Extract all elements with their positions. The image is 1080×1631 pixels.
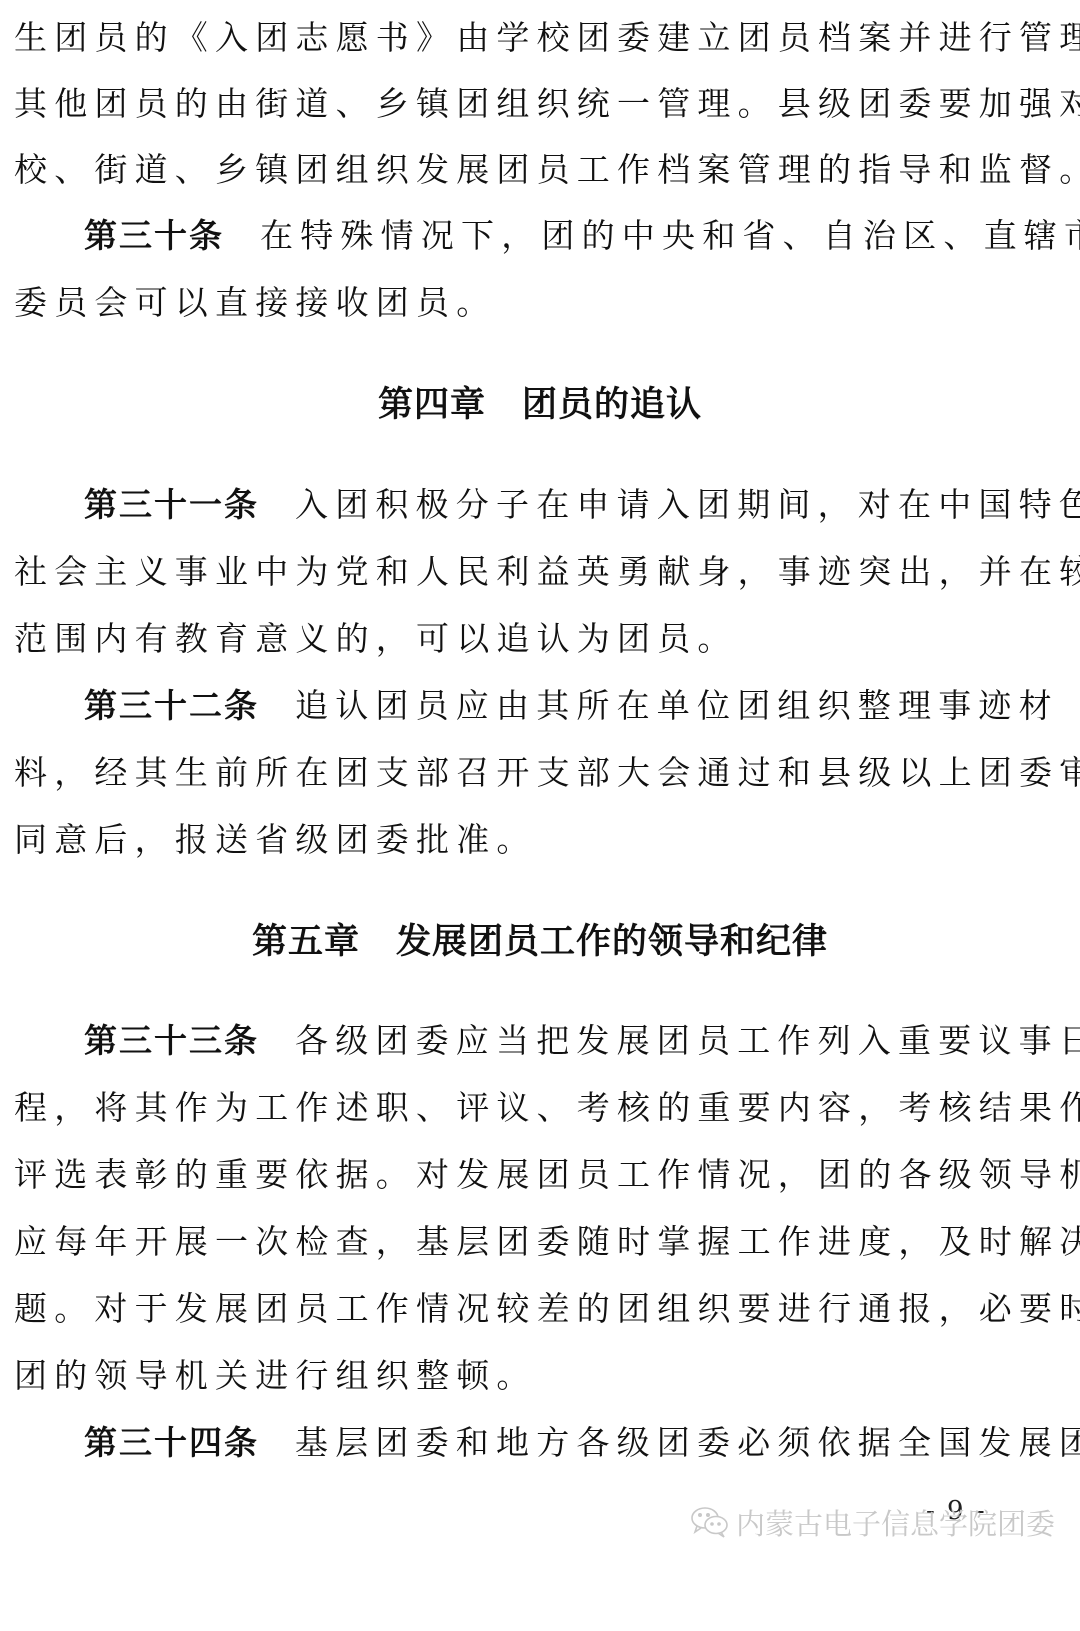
chapter-number: 第五章 xyxy=(252,921,360,962)
article-number: 第三十一条 xyxy=(84,485,259,524)
text-line: 生团员的《入团志愿书》由学校团委建立团员档案并进行管理； xyxy=(14,18,1066,58)
article-number: 第三十二条 xyxy=(84,686,259,725)
text-line: 委员会可以直接接收团员。 xyxy=(14,283,1066,323)
document-page: 生团员的《入团志愿书》由学校团委建立团员档案并进行管理； 其他团员的由街道、乡镇… xyxy=(0,0,1080,1631)
article-text: 基层团委和地方各级团委必须依据全国发展团 xyxy=(295,1423,1080,1462)
text-line: 社会主义事业中为党和人民利益英勇献身，事迹突出，并在较大 xyxy=(14,552,1066,592)
wechat-icon xyxy=(690,1505,730,1539)
text-line: 范围内有教育意义的，可以追认为团员。 xyxy=(14,619,1066,659)
text-line: 团的领导机关进行组织整顿。 xyxy=(14,1356,1066,1396)
article-text: 入团积极分子在申请入团期间，对在中国特色 xyxy=(295,485,1080,524)
chapter-number: 第四章 xyxy=(378,384,486,425)
text-line: 料，经其生前所在团支部召开支部大会通过和县级以上团委审查 xyxy=(14,753,1066,793)
text-line: 应每年开展一次检查，基层团委随时掌握工作进度，及时解决问 xyxy=(14,1222,1066,1262)
text-line: 题。对于发展团员工作情况较差的团组织要进行通报，必要时由 xyxy=(14,1289,1066,1329)
chapter-title: 发展团员工作的领导和纪律 xyxy=(396,921,828,962)
text-line: 程，将其作为工作述职、评议、考核的重要内容，考核结果作为 xyxy=(14,1088,1066,1128)
wechat-watermark: 内蒙古电子信息学院团委 xyxy=(690,1500,1055,1544)
article-text: 各级团委应当把发展团员工作列入重要议事日 xyxy=(295,1021,1080,1060)
text-line: 校、街道、乡镇团组织发展团员工作档案管理的指导和监督。 xyxy=(14,150,1066,190)
article-33: 第三十三条各级团委应当把发展团员工作列入重要议事日 xyxy=(84,1021,1066,1061)
article-text: 追认团员应由其所在单位团组织整理事迹材 xyxy=(295,686,1059,725)
article-34: 第三十四条基层团委和地方各级团委必须依据全国发展团 xyxy=(84,1423,1066,1463)
article-31: 第三十一条入团积极分子在申请入团期间，对在中国特色 xyxy=(84,485,1066,525)
article-number: 第三十条 xyxy=(84,216,224,255)
article-number: 第三十三条 xyxy=(84,1021,259,1060)
text-line: 其他团员的由街道、乡镇团组织统一管理。县级团委要加强对学 xyxy=(14,84,1066,124)
article-30: 第三十条在特殊情况下，团的中央和省、自治区、直辖市 xyxy=(84,216,1066,256)
chapter-4-heading: 第四章团员的追认 xyxy=(0,384,1080,426)
text-line: 同意后，报送省级团委批准。 xyxy=(14,820,1066,860)
text-line: 评选表彰的重要依据。对发展团员工作情况，团的各级领导机关 xyxy=(14,1155,1066,1195)
article-number: 第三十四条 xyxy=(84,1423,259,1462)
chapter-5-heading: 第五章发展团员工作的领导和纪律 xyxy=(0,921,1080,963)
article-32: 第三十二条追认团员应由其所在单位团组织整理事迹材 xyxy=(84,686,1066,726)
article-text: 在特殊情况下，团的中央和省、自治区、直辖市 xyxy=(260,216,1080,255)
watermark-text: 内蒙古电子信息学院团委 xyxy=(736,1502,1055,1543)
chapter-title: 团员的追认 xyxy=(522,384,702,425)
